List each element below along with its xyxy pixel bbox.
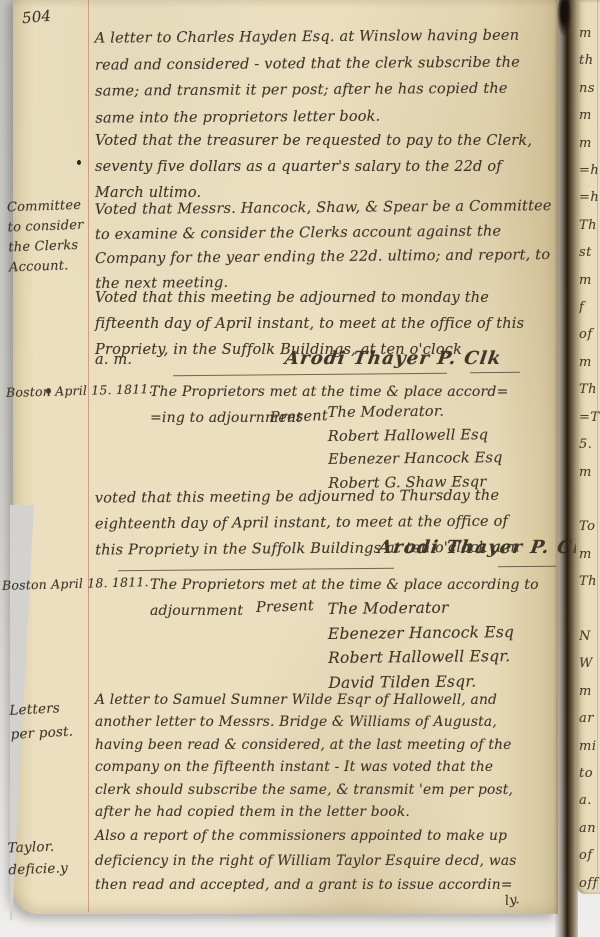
attendee-list: The Moderator. Robert Hallowell Esq Eben… — [328, 400, 503, 496]
page-number: 504 — [21, 7, 52, 27]
margin-note-letters-per-post: Letters per post. — [9, 695, 81, 747]
clerk-signature: Arodi Thayer P. Clk — [284, 348, 503, 369]
present-label: Present — [270, 408, 328, 426]
entry-paragraph-taylor-report: Also a report of the commissioners appoi… — [95, 824, 553, 898]
red-margin-rule — [88, 0, 89, 912]
margin-note-taylor-deficiency: Taylor. deficie.y — [7, 835, 84, 882]
entry-paragraph-am: a. m. — [95, 352, 132, 368]
margin-note-committee: Committee to consider the Clerks Account… — [7, 196, 90, 279]
ink-blot — [77, 160, 81, 165]
entry-paragraph-letters: A letter to Samuel Sumner Wilde Esqr of … — [95, 689, 527, 823]
facing-page-margin-rule — [597, 0, 598, 890]
entry-paragraph-taylor-end: ly. — [504, 892, 520, 909]
attendee-list: The Moderator Ebenezer Hancock Esq Rober… — [327, 595, 514, 695]
binding-gutter — [554, 0, 578, 937]
manuscript-scan: 504 A letter to Charles Hayden Esq. at W… — [0, 0, 600, 937]
present-label: Present — [256, 598, 314, 616]
entry-paragraph-committee: Voted that Messrs. Hancock, Shaw, & Spea… — [95, 194, 564, 296]
binding-thread — [557, 0, 571, 36]
entry-paragraph-letter-hayden: A letter to Charles Hayden Esq. at Winsl… — [95, 22, 551, 131]
